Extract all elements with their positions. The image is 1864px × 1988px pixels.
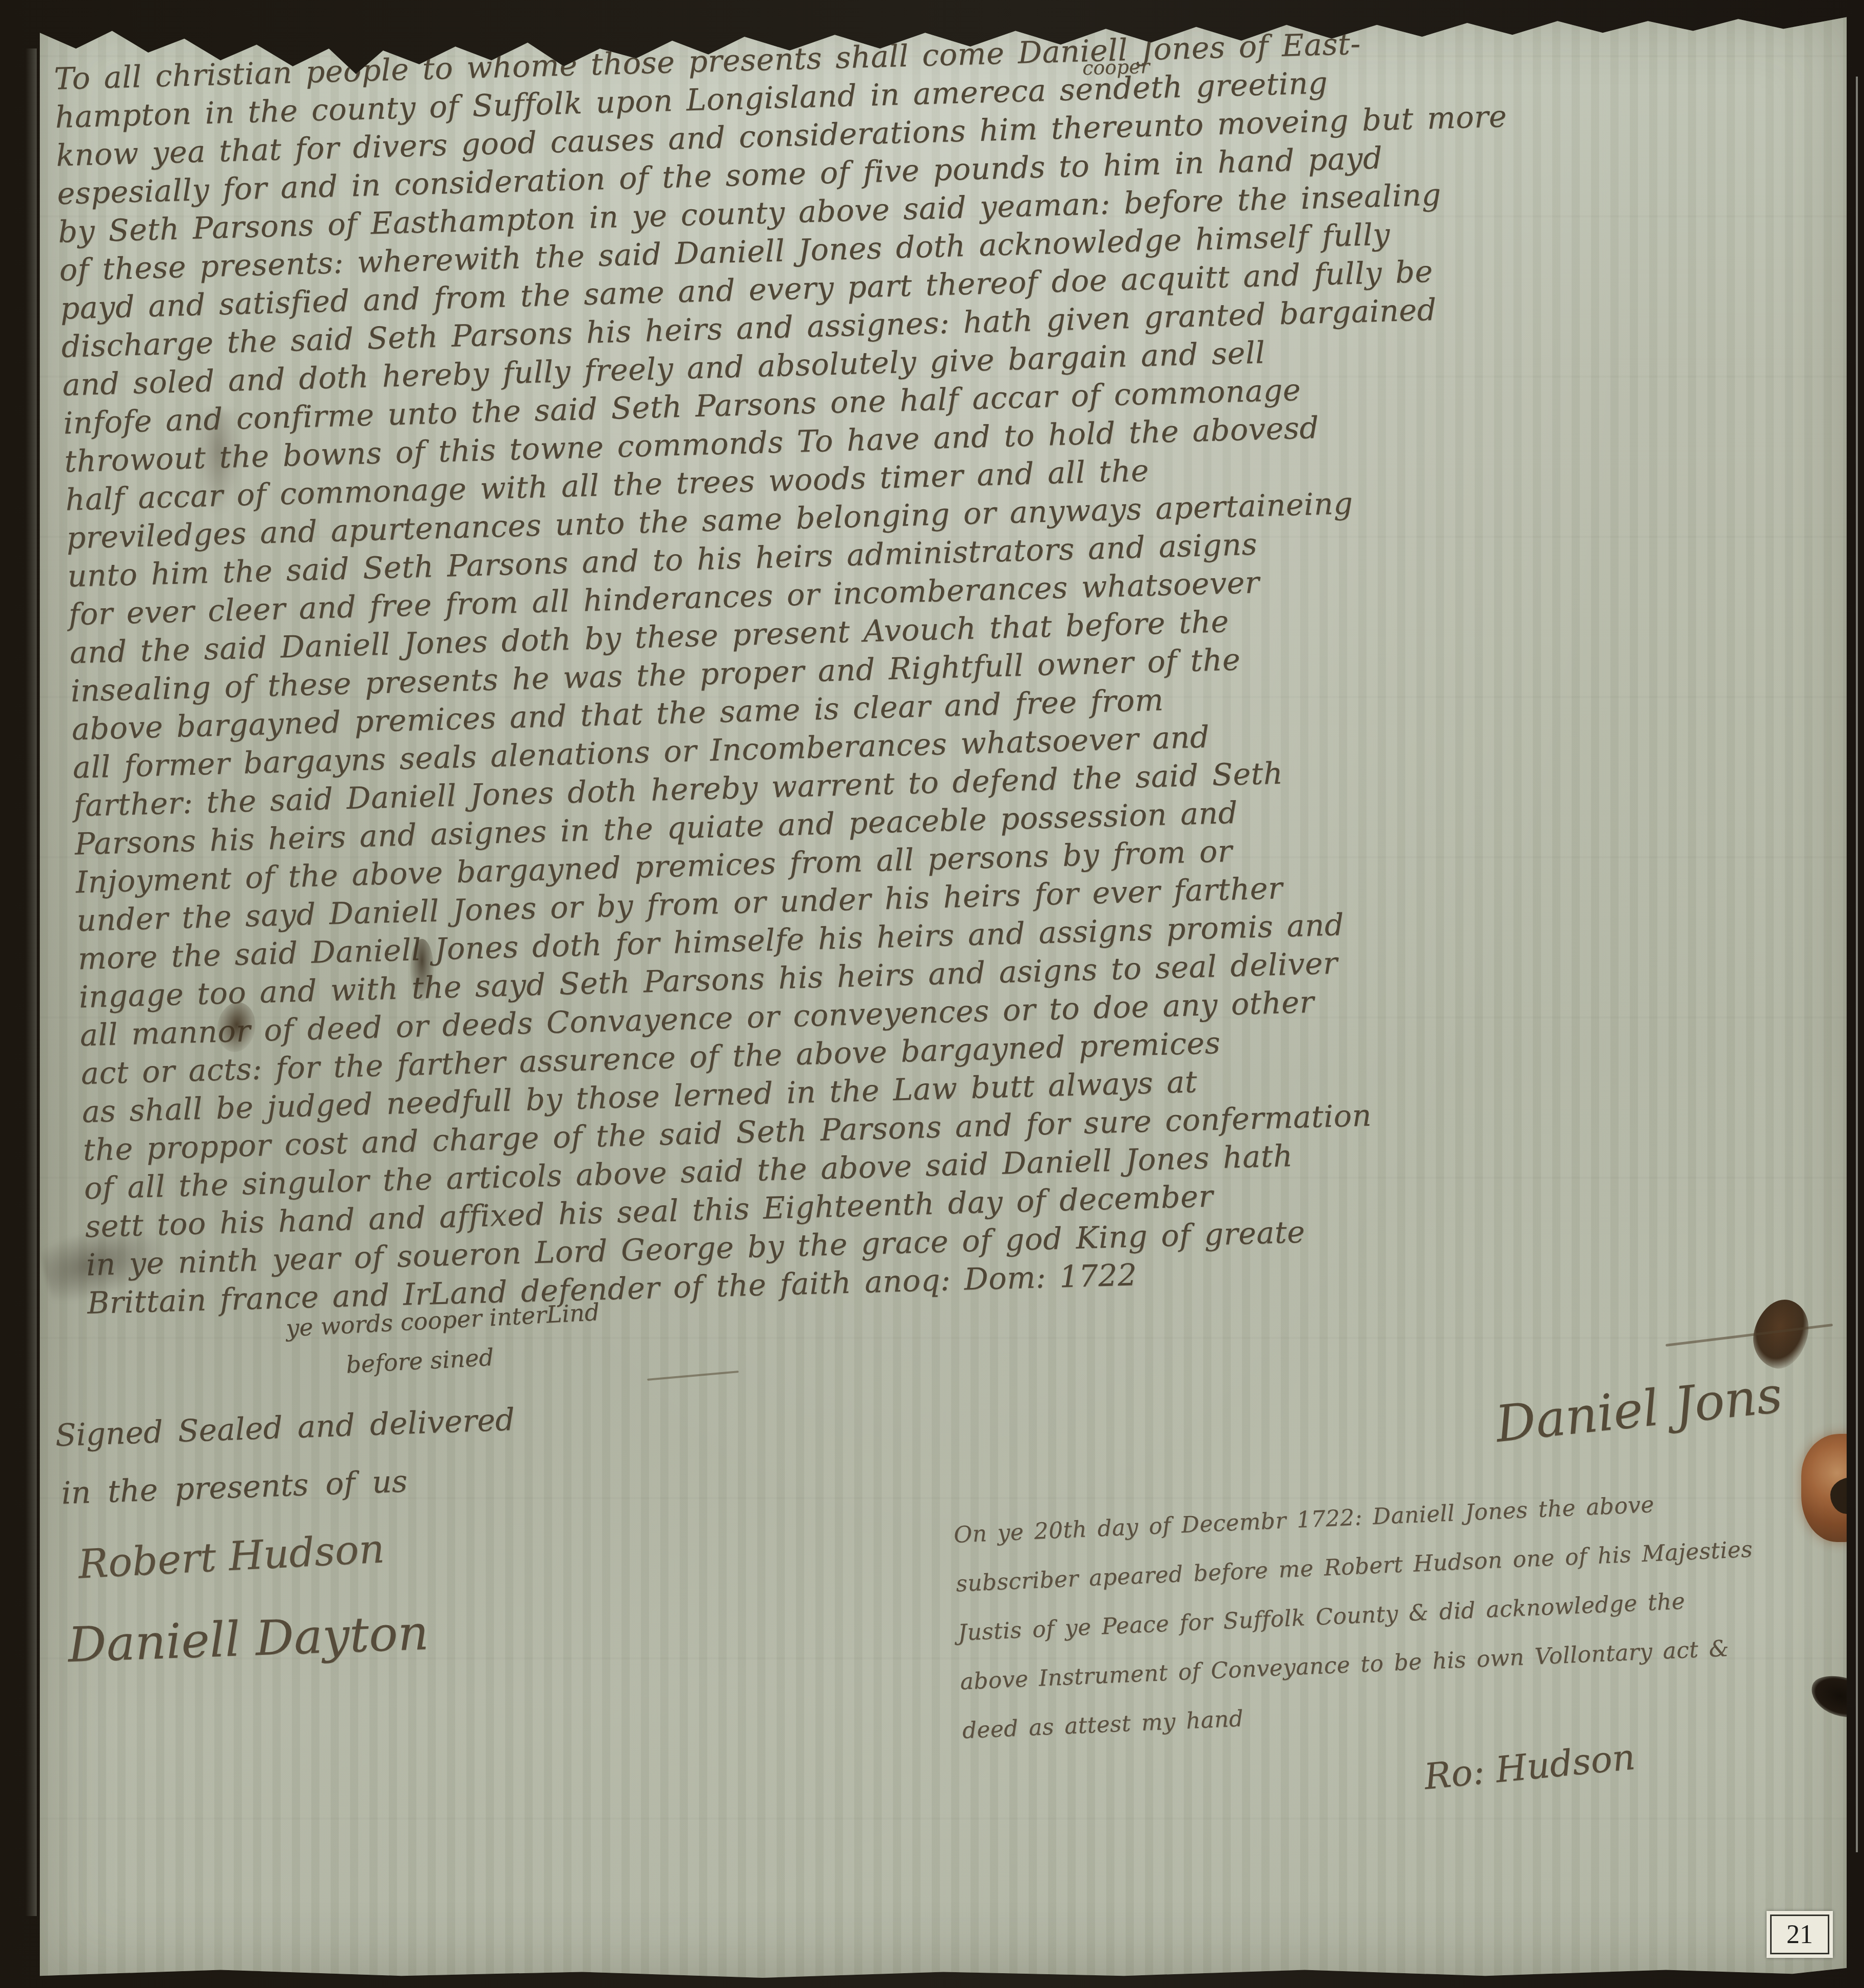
document-scan: To all christian people to whome those p… [0,0,1864,1988]
ink-blot [1747,1294,1815,1374]
witness-signature: Daniell Dayton [67,1605,429,1674]
deed-body: To all christian people to whome those p… [54,13,1853,1324]
interlineation-note: before sined [345,1343,494,1378]
page-number: 21 [1786,1920,1813,1950]
witness-signature: Robert Hudson [77,1526,386,1587]
pen-stroke [1666,1324,1833,1347]
page-number-box: 21 [1770,1915,1829,1954]
deed-paper: To all christian people to whome those p… [40,9,1847,1978]
page-number-label: 21 [1767,1911,1833,1958]
attestation-line: Signed Sealed and delivered [55,1402,515,1453]
under-page-edge [26,48,37,1916]
acknowledgment-block: On ye 20th day of Decembr 1722: Daniell … [953,1482,1864,1806]
scanner-edge-line [1856,77,1858,1852]
attestation-line: in the presents of us [61,1463,408,1511]
interlined-word: cooper [1082,55,1150,80]
grantor-signature: Daniel Jons [1493,1366,1785,1454]
pen-stroke [647,1371,739,1381]
